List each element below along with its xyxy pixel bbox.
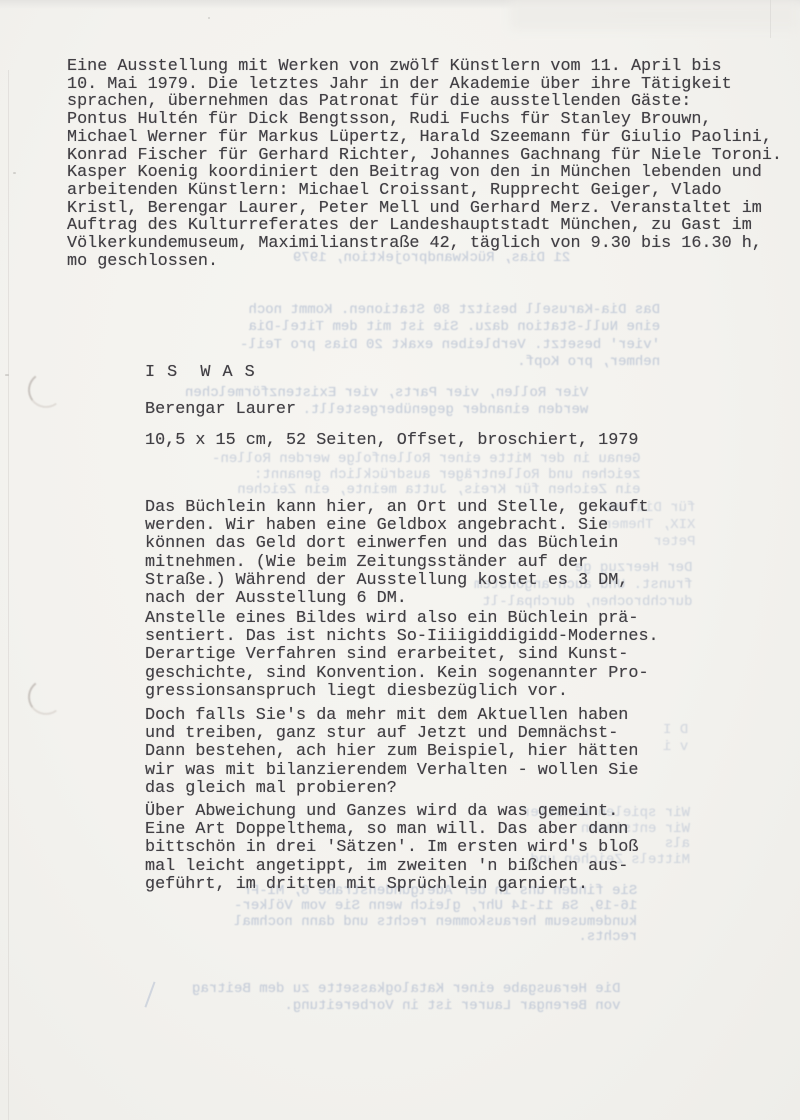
paper-speck (208, 17, 210, 19)
bleedthrough-text: Die Herausgabe einer Katalogkassette zu … (192, 981, 620, 1014)
artist-name: Berengar Laurer (145, 401, 296, 419)
body-paragraph-3: Doch falls Sie's da mehr mit dem Aktuell… (145, 707, 638, 798)
scan-edge-right-line (770, 0, 771, 38)
paper-speck (5, 374, 9, 376)
bleedthrough-text: Genau in der Mitte einer Rollenfolge wer… (212, 452, 640, 499)
intro-paragraph: Eine Ausstellung mit Werken von zwölf Kü… (67, 58, 782, 270)
punch-hole-top (26, 370, 67, 411)
bleedthrough-text: D I v i (663, 722, 688, 756)
body-paragraph-1: Das Büchlein kann hier, an Ort und Stell… (145, 499, 649, 608)
body-paragraph-4: Über Abweichung und Ganzes wird da was g… (145, 803, 638, 894)
scan-shadow-patch (510, 0, 800, 30)
paper-speck (13, 172, 16, 174)
punch-hole-bottom (26, 677, 67, 718)
pen-slash-mark (144, 982, 155, 1008)
scanned-page: 21 Dias, Rückwandprojektion, 1979 Das Di… (0, 0, 800, 1120)
booklet-colophon: 10,5 x 15 cm, 52 Seiten, Offset, broschi… (145, 432, 638, 450)
body-paragraph-2: Anstelle eines Bildes wird also ein Büch… (145, 610, 659, 701)
booklet-title: I S W A S (145, 364, 256, 382)
scan-edge-left-line (8, 70, 9, 1120)
bleedthrough-text: Das Dia-Karusell besitzt 80 Stationen. K… (240, 302, 660, 372)
